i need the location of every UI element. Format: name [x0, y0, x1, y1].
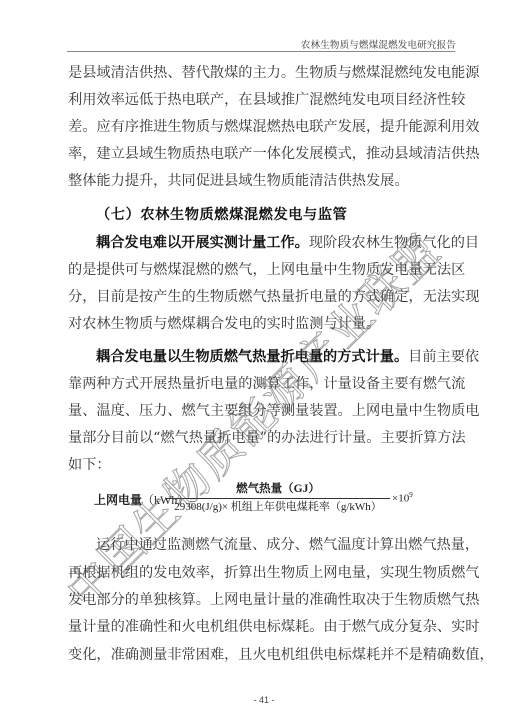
- text-line: 利用效率远低于热电联产，在县域推广混燃纯发电项目经济性较: [68, 90, 454, 110]
- paragraph-1-first-line-rest: 现阶段农林生物质气化的目: [309, 235, 479, 251]
- text-line: 靠两种方式开展热量折电量的测算工作，计量设备主要有燃气流: [68, 374, 454, 394]
- paragraph-1-lead: 耦合发电难以开展实测计量工作。: [96, 235, 309, 251]
- text-line: 整体能力提升，共同促进县域生物质能清洁供热发展。: [68, 171, 454, 191]
- paragraph-1-first-line: 耦合发电难以开展实测计量工作。现阶段农林生物质气化的目: [96, 233, 454, 253]
- conversion-formula: 上网电量（kWh）= 燃气热量（GJ） 29308(J/g)× 机组上年供电煤耗…: [94, 482, 414, 516]
- text-line: 如下：: [68, 455, 454, 475]
- running-header-title: 农林生物质与燃煤混燃发电研究报告: [301, 37, 456, 51]
- formula-lhs-label: 上网电量: [94, 493, 142, 507]
- text-line: 量、温度、压力、燃气主要组分等测量装置。上网电量中生物质电: [68, 401, 454, 421]
- formula-numerator: 燃气热量（GJ）: [166, 482, 390, 497]
- formula-denominator: 29308(J/g)× 机组上年供电煤耗率（g/kWh）: [166, 500, 390, 515]
- text-line: 变化，准确测量非常困难，且火电机组供电标煤耗并不是精确数值，: [68, 645, 454, 665]
- section-heading: （七）农林生物质燃煤混燃发电与监管: [96, 205, 347, 225]
- text-line: 对农林生物质与燃煤耦合发电的实时监测与计量。: [68, 314, 454, 334]
- text-line: 量计量的准确性和火电机组供电标煤耗。由于燃气成分复杂、实时: [68, 617, 454, 637]
- multiplier-base: ×10: [392, 493, 409, 505]
- text-line: 的是提供可与燃煤混燃的燃气，上网电量中生物质发电量无法区: [68, 260, 454, 280]
- multiplier-exponent: 9: [409, 491, 413, 499]
- header-divider: [67, 51, 455, 52]
- fraction-bar: [166, 498, 390, 499]
- text-line: 分，目前是按产生的生物质燃气热量折电量的方式确定，无法实现: [68, 287, 454, 307]
- formula-fraction: 燃气热量（GJ） 29308(J/g)× 机组上年供电煤耗率（g/kWh）: [166, 482, 390, 515]
- formula-multiplier: ×109: [392, 491, 413, 505]
- paragraph-2-first-line: 耦合发电量以生物质燃气热量折电量的方式计量。目前主要依: [96, 347, 454, 367]
- text-line: 再根据机组的发电效率，折算出生物质上网电量，实现生物质燃气: [68, 563, 454, 583]
- text-line: 是县域清洁供热、替代散煤的主力。生物质与燃煤混燃纯发电能源: [68, 63, 454, 83]
- paragraph-2-first-line-rest: 目前主要依: [408, 349, 479, 365]
- text-line: 量部分目前以“燃气热量折电量”的办法进行计量。主要折算方法: [68, 428, 454, 448]
- paragraph-2-lead: 耦合发电量以生物质燃气热量折电量的方式计量。: [96, 349, 408, 365]
- text-line: 运行中通过监测燃气流量、成分、燃气温度计算出燃气热量，: [96, 535, 454, 555]
- text-line: 差。应有序推进生物质与燃煤混燃热电联产发展，提升能源利用效: [68, 117, 454, 137]
- text-line: 率，建立县域生物质热电联产一体化发展模式，推动县域清洁供热: [68, 144, 454, 164]
- page-number: - 41 -: [0, 695, 528, 705]
- text-line: 发电部分的单独核算。上网电量计量的准确性取决于生物质燃气热: [68, 590, 454, 610]
